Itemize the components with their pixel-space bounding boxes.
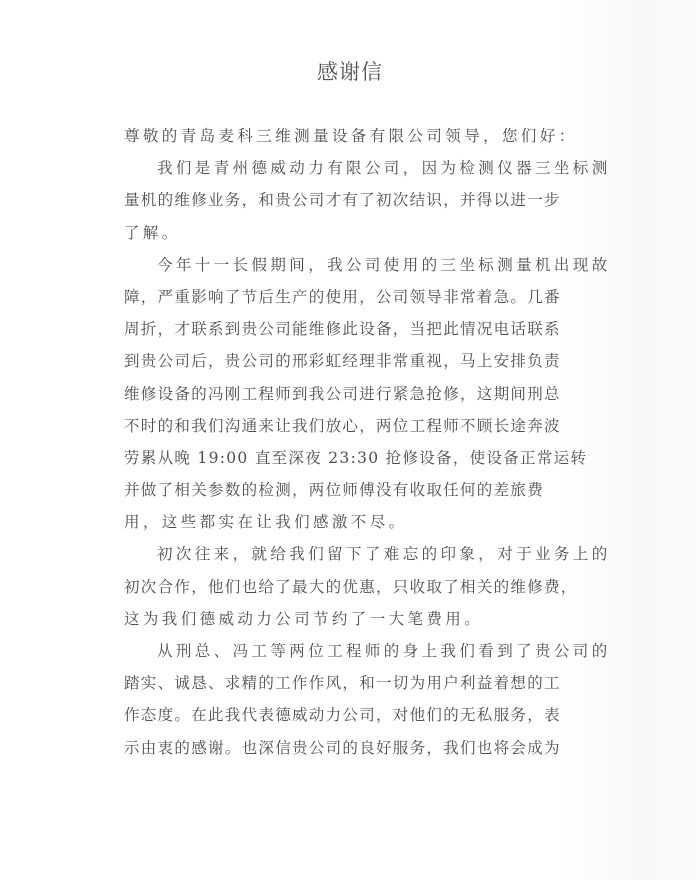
paragraph-line: 从刑总、冯工等两位工程师的身上我们看到了贵公司的: [124, 635, 544, 667]
paragraph-line: 初次合作，他们也给了最大的优惠，只收取了相关的维修费，: [124, 571, 544, 603]
letter-title: 感谢信: [0, 56, 700, 86]
paragraph-line: 今年十一长假期间，我公司使用的三坐标测量机出现故: [124, 249, 544, 281]
paragraph-line: 作态度。在此我代表德威动力公司，对他们的无私服务，表: [124, 699, 544, 731]
paragraph-line: 周折，才联系到贵公司能维修此设备，当把此情况电话联系: [124, 313, 544, 345]
paragraph-line: 我们是青州德威动力有限公司，因为检测仪器三坐标测: [124, 152, 544, 184]
paragraph-line: 用，这些都实在让我们感激不尽。: [124, 506, 544, 538]
salutation-line: 尊敬的青岛麦科三维测量设备有限公司领导，您们好：: [124, 120, 544, 152]
paragraph-line: 维修设备的冯刚工程师到我公司进行紧急抢修，这期间刑总: [124, 378, 544, 410]
paragraph-line: 初次往来，就给我们留下了难忘的印象，对于业务上的: [124, 538, 544, 570]
paragraph-line: 障，严重影响了节后生产的使用，公司领导非常着急。几番: [124, 281, 544, 313]
letter-page: 感谢信 尊敬的青岛麦科三维测量设备有限公司领导，您们好： 我们是青州德威动力有限…: [0, 0, 700, 880]
paragraph-line: 踏实、诚恳、求精的工作作风，和一切为用户利益着想的工: [124, 667, 544, 699]
letter-body: 尊敬的青岛麦科三维测量设备有限公司领导，您们好： 我们是青州德威动力有限公司，因…: [124, 120, 544, 764]
paragraph-line: 并做了相关参数的检测，两位师傅没有收取任何的差旅费: [124, 474, 544, 506]
paragraph-line: 示由衷的感谢。也深信贵公司的良好服务，我们也将会成为: [124, 732, 544, 764]
paragraph-line: 量机的维修业务，和贵公司才有了初次结识，并得以进一步: [124, 184, 544, 216]
paragraph-line: 了解。: [124, 217, 544, 249]
paragraph-line: 到贵公司后，贵公司的邢彩虹经理非常重视，马上安排负责: [124, 345, 544, 377]
paragraph-line: 不时的和我们沟通来让我们放心，两位工程师不顾长途奔波: [124, 410, 544, 442]
paragraph-line: 劳累从晚 19:00 直至深夜 23:30 抢修设备，使设备正常运转: [124, 442, 544, 474]
paragraph-line: 这为我们德威动力公司节约了一大笔费用。: [124, 603, 544, 635]
